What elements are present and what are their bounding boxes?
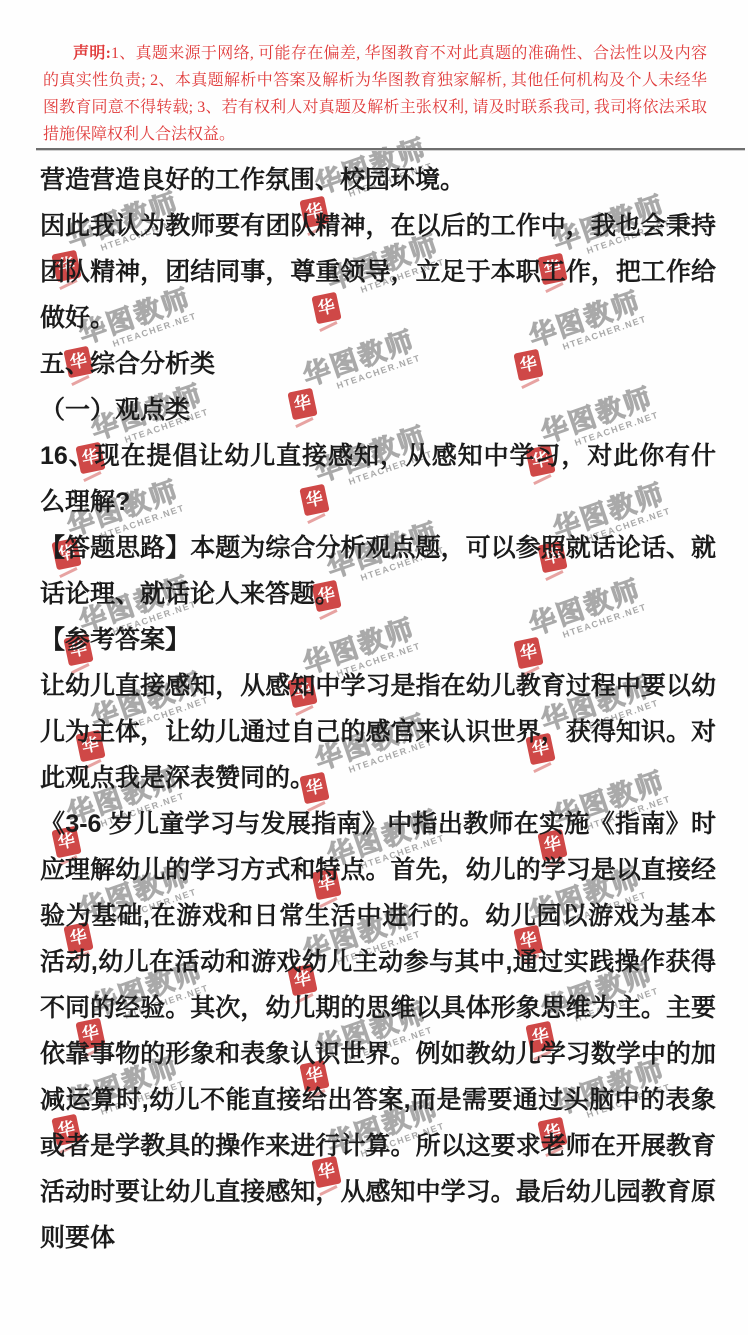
paragraph: 《3-6 岁儿童学习与发展指南》中指出教师在实施《指南》时应理解幼儿的学习方式和… <box>40 801 716 1261</box>
section-heading: 五、综合分析类 <box>40 341 716 387</box>
subsection-heading: （一）观点类 <box>40 387 716 433</box>
document-page: 华 华图教师 HTEACHER.NET 华 华图教师 HTEACHER.NET … <box>0 0 748 1335</box>
question-text: 16、现在提倡让幼儿直接感知，从感知中学习，对此你有什么理解? <box>40 433 716 525</box>
answer-idea-paragraph: 【答题思路】本题为综合分析观点题，可以参照就话论话、就话论理、就话论人来答题。 <box>40 525 716 617</box>
paragraph: 因此我认为教师要有团队精神，在以后的工作中，我也会秉持团队精神，团结同事，尊重领… <box>40 203 716 341</box>
document-body: 营造营造良好的工作氛围、校园环境。 因此我认为教师要有团队精神，在以后的工作中，… <box>40 157 716 1261</box>
paragraph: 让幼儿直接感知，从感知中学习是指在幼儿教育过程中要以幼儿为主体，让幼儿通过自己的… <box>40 663 716 801</box>
disclaimer-text: 1、真题来源于网络, 可能存在偏差, 华图教育不对此真题的准确性、合法性以及内容… <box>43 45 707 143</box>
paragraph: 营造营造良好的工作氛围、校园环境。 <box>40 157 716 203</box>
disclaimer-label: 声明: <box>73 45 111 62</box>
header-divider-line <box>36 148 745 151</box>
disclaimer: 声明:1、真题来源于网络, 可能存在偏差, 华图教育不对此真题的准确性、合法性以… <box>43 40 707 148</box>
reference-answer-heading: 【参考答案】 <box>40 617 716 663</box>
